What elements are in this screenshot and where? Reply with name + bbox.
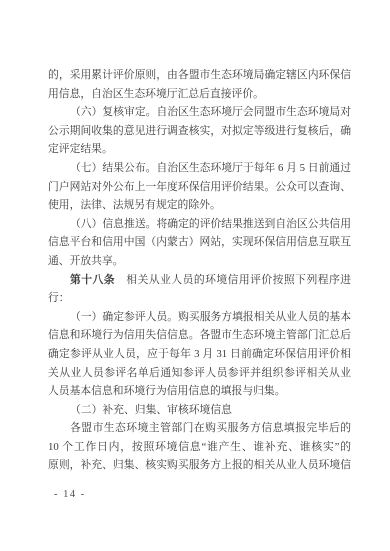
text-line: 公示期间收集的意见进行调查核实，对拟定等级进行复核后，确: [48, 122, 351, 141]
text-line: 行：: [48, 289, 351, 308]
text-line: 各盟市生态环境主管部门在购买服务方信息填报完毕后的: [48, 419, 351, 438]
text-line: 信息平台和信用中国（内蒙古）网站，实现环保信用信息互联互: [48, 233, 351, 252]
document-page: 的，采用累计评价原则，由各盟市生态环境局确定辖区内环保信用信息，自治区生态环境厅…: [0, 0, 390, 551]
text-line: （二）补充、归集、审核环境信息: [48, 401, 351, 420]
text-line: 原则，补充、归集、核实购买服务方上报的相关从业人员环境信: [48, 456, 351, 475]
text-line: 门户网站对外公布上一年度环保信用评价结果。公众可以查询、: [48, 178, 351, 197]
text-line: （六）复核审定。自治区生态环境厅会同盟市生态环境局对: [48, 103, 351, 122]
text-line: 通、开放共享。: [48, 252, 351, 271]
text-line: 信息和环境行为信用失信信息。各盟市生态环境主管部门汇总后: [48, 326, 351, 345]
page-number: - 14 -: [54, 489, 86, 500]
text-line: 第十八条 相关从业人员的环境信用评价按照下列程序进: [48, 271, 351, 290]
article-number: 第十八条: [70, 274, 115, 286]
text-line: （七）结果公布。自治区生态环境厅于每年 6 月 5 日前通过: [48, 159, 351, 178]
text-line: 关从业人员参评名单后通知参评人员参评并组织参评相关从业: [48, 364, 351, 383]
text-line: 10 个工作日内，按照环境信息“谁产生、谁补充、谁核实”的: [48, 438, 351, 457]
text-line: 定评定结果。: [48, 140, 351, 159]
text-line: 人员基本信息和环境行为信用信息的填报与归集。: [48, 382, 351, 401]
document-body: 的，采用累计评价原则，由各盟市生态环境局确定辖区内环保信用信息，自治区生态环境厅…: [48, 66, 351, 475]
text-line: （八）信息推送。将确定的评价结果推送到自治区公共信用: [48, 215, 351, 234]
text-line: （一）确定参评人员。购买服务方填报相关从业人员的基本: [48, 308, 351, 327]
text-line: 使用，法律、法规另有规定的除外。: [48, 196, 351, 215]
text-line: 确定参评从业人员，应于每年 3 月 31 日前确定环保信用评价相: [48, 345, 351, 364]
text-line: 的，采用累计评价原则，由各盟市生态环境局确定辖区内环保信: [48, 66, 351, 85]
text-line: 用信息，自治区生态环境厅汇总后直接评价。: [48, 85, 351, 104]
